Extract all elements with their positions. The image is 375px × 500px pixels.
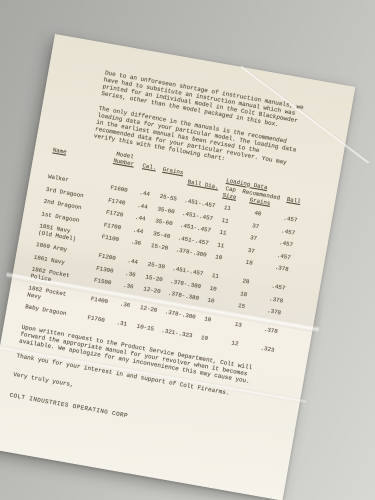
row-cal: .31 (111, 316, 133, 332)
loading-data-table: Name Model Number Cal. Grains Loading Da… (24, 141, 325, 362)
photo-background: Due to an unforeseen shortage of instruc… (0, 0, 375, 500)
letter-content: Due to an unforeseen shortage of instruc… (0, 34, 355, 500)
letter-sheet: Due to an unforeseen shortage of instruc… (0, 34, 355, 500)
row-cap-size: 10 (193, 331, 215, 347)
